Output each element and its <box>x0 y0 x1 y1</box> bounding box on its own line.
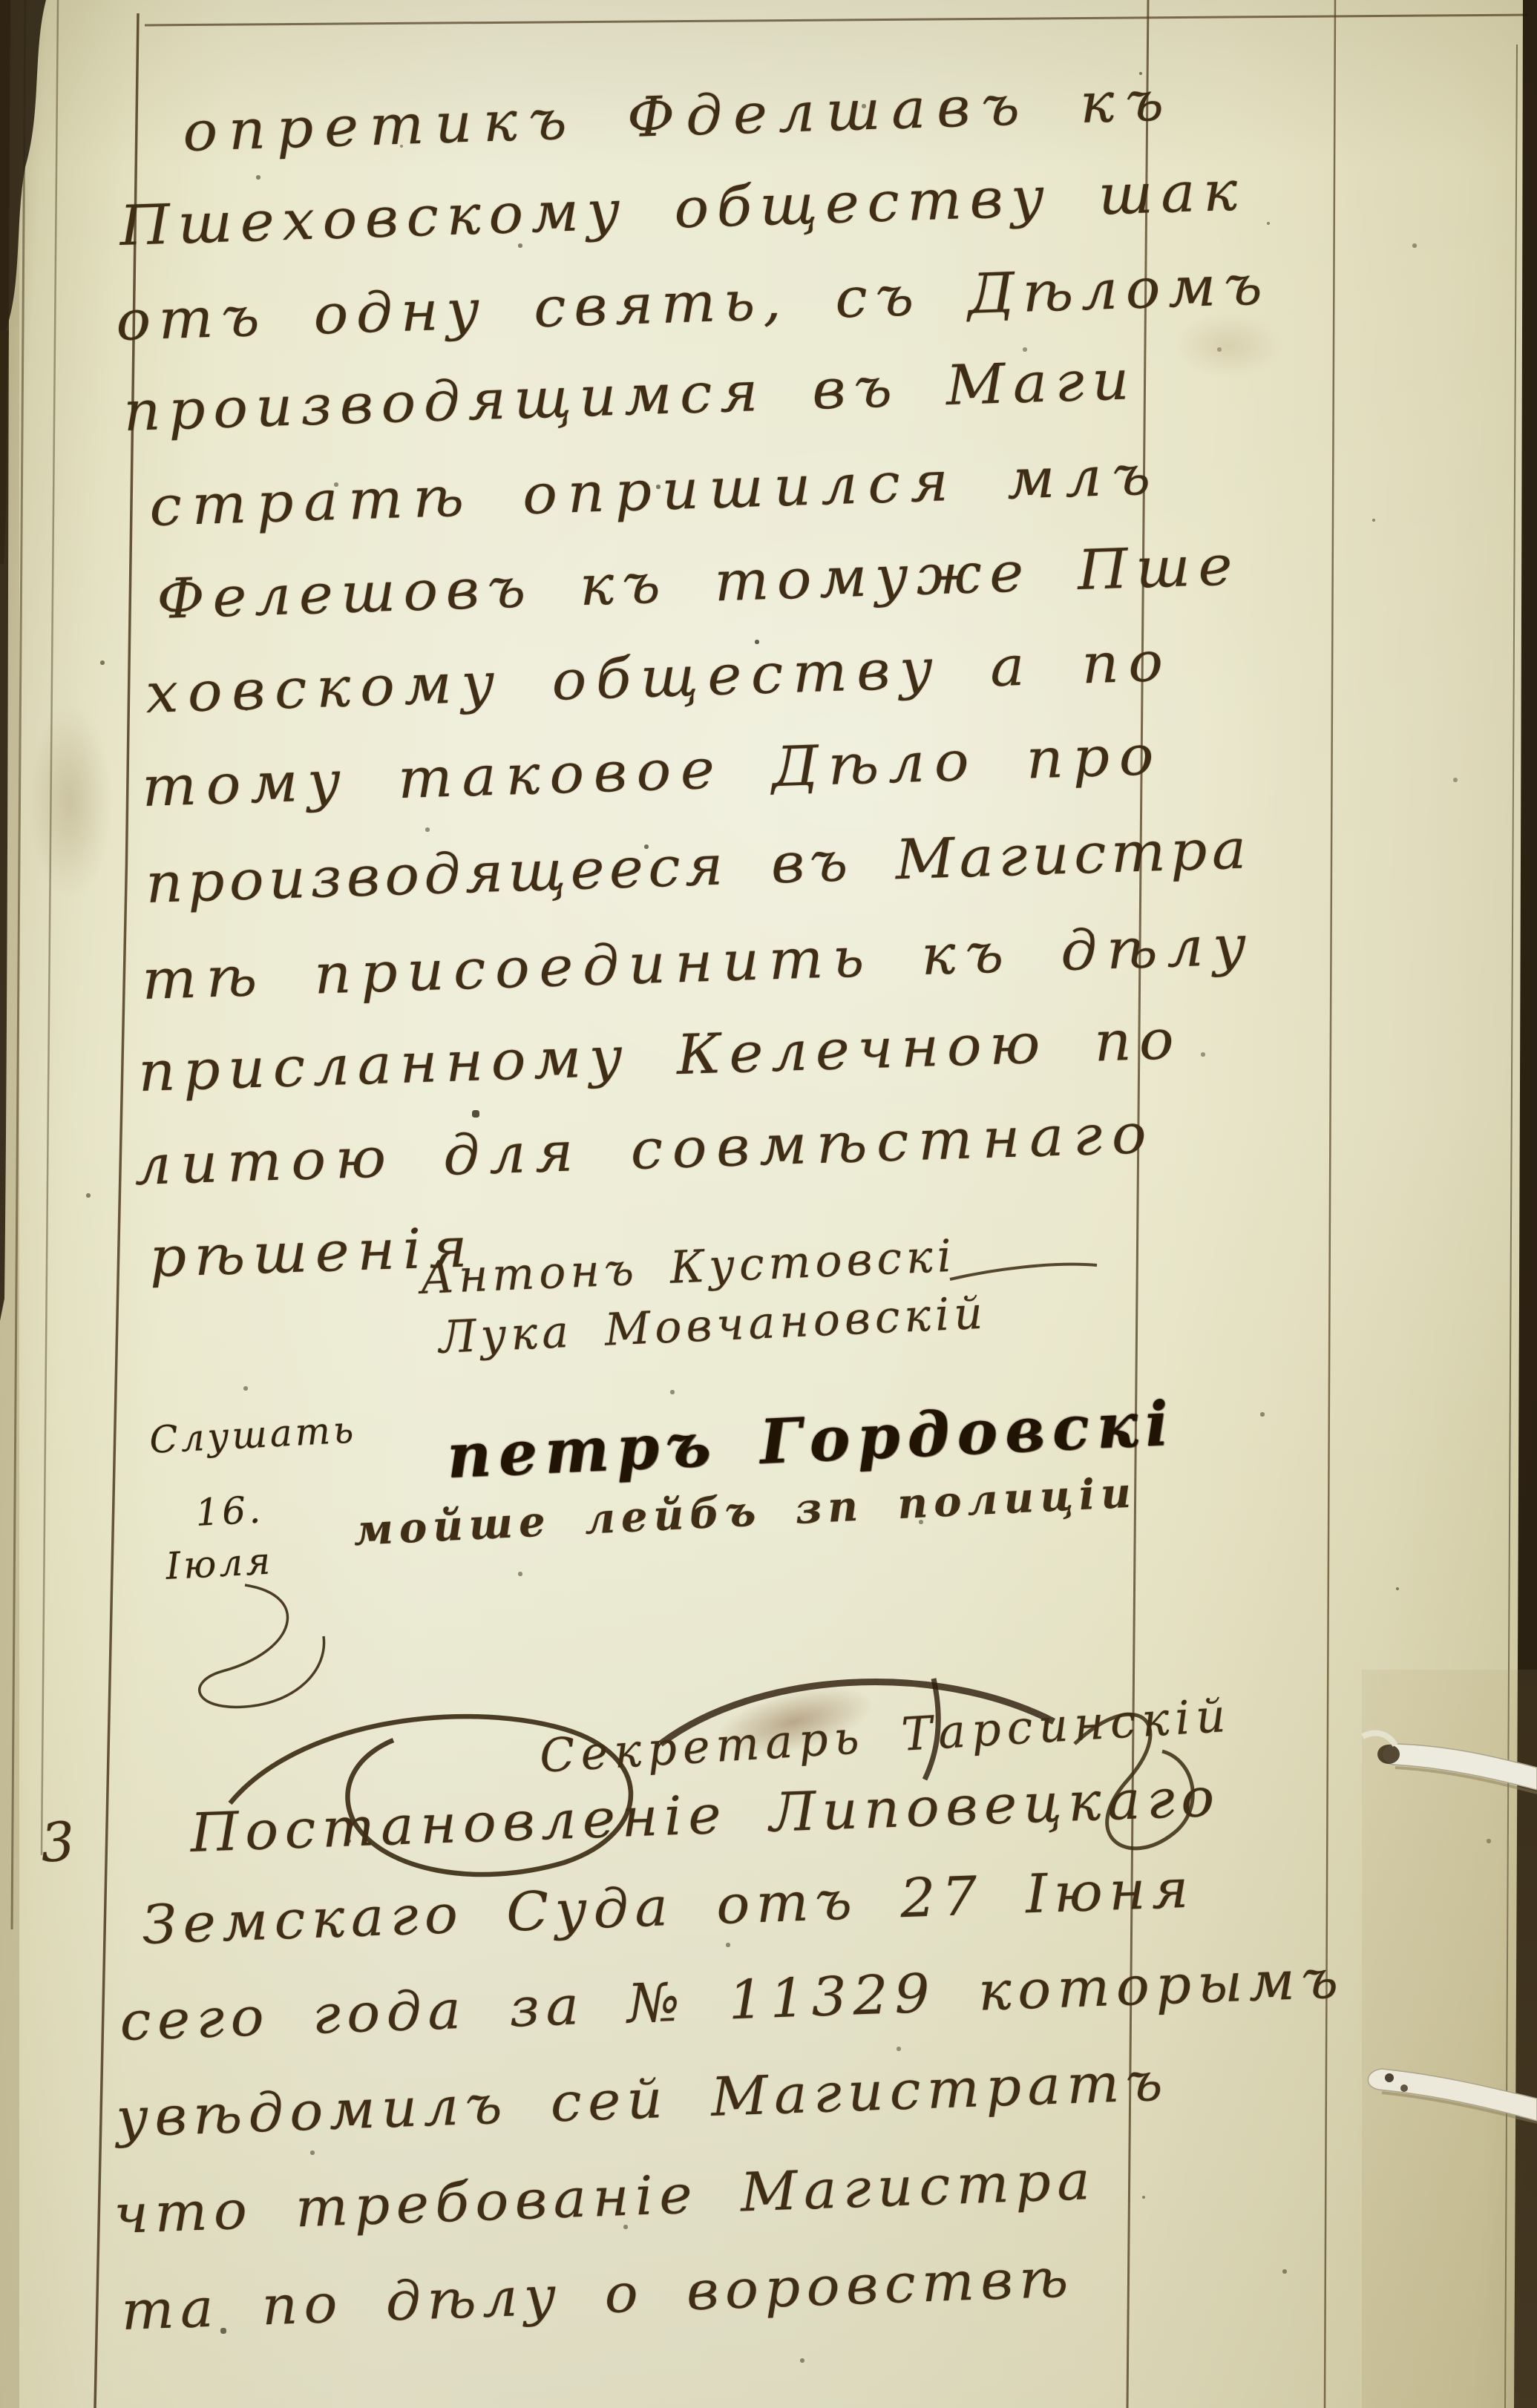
binding-thread-layer <box>0 0 1537 2408</box>
thread-1-hole <box>1377 1745 1400 1764</box>
thread-2-hole-1 <box>1385 2073 1394 2082</box>
thread-2-hole-2 <box>1400 2084 1408 2092</box>
thread-1-nub <box>1363 1733 1395 1745</box>
manuscript-page: опретикъ Фделшавъ къ Пшеховскому обществ… <box>0 0 1537 2408</box>
